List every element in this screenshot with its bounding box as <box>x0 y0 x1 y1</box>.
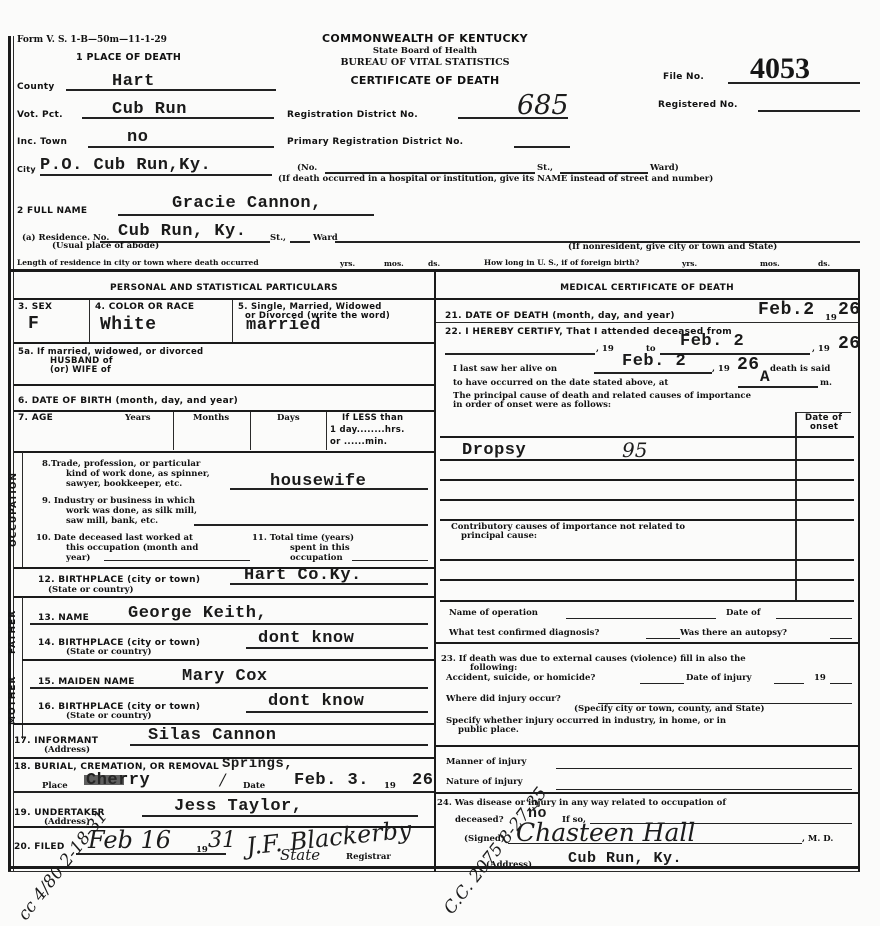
date-of-death-value: Feb.2 <box>758 300 815 320</box>
street-no-label: (No. <box>297 163 317 173</box>
street-label: St., <box>537 163 553 173</box>
industry-label-1: 9. Industry or business in which <box>42 496 195 506</box>
registered-no-label: Registered No. <box>658 100 738 110</box>
left-border-inner <box>13 36 14 872</box>
city-value: P.O. Cub Run,Ky. <box>40 156 211 175</box>
primary-registration-label: Primary Registration District No. <box>287 137 463 147</box>
less-than-label-2: 1 day........hrs. <box>330 425 405 435</box>
race-label: 4. COLOR OR RACE <box>95 302 194 312</box>
form-id: Form V. S. 1-B—50m—11-1-29 <box>17 35 167 45</box>
total-time-label-2: spent in this <box>290 543 350 553</box>
mother-name-label: 15. MAIDEN NAME <box>38 677 135 687</box>
trade-label-3: sawyer, bookkeeper, etc. <box>66 479 182 489</box>
file-no-label: File No. <box>663 72 704 82</box>
years-label: Years <box>125 413 151 423</box>
physician-address-value: Cub Run, Ky. <box>568 850 682 867</box>
last-worked-label-1: 10. Date deceased last worked at <box>36 533 193 543</box>
informant-sub: (Address) <box>44 745 90 755</box>
length-mos: mos. <box>384 260 404 268</box>
mother-birthplace-sub: (State or country) <box>66 711 152 721</box>
inc-town-value: no <box>127 128 148 147</box>
industry-label-3: saw mill, bank, etc. <box>66 516 158 526</box>
mother-name-value: Mary Cox <box>182 667 268 686</box>
burial-date-label: Date <box>243 781 265 791</box>
vot-pct-label: Vot. Pct. <box>17 110 63 120</box>
last-worked-label-2: this occupation (month and <box>66 543 198 553</box>
city-label: City <box>17 165 36 174</box>
occupation-related-label-2: deceased? <box>455 815 504 825</box>
operation-date-label: Date of <box>726 608 761 618</box>
operation-label: Name of operation <box>449 608 538 618</box>
dob-label: 6. DATE OF BIRTH (month, day, and year) <box>18 396 238 406</box>
less-than-label-3: or ......min. <box>330 437 387 447</box>
filed-year-value: 31 <box>208 828 236 853</box>
attended-to-year-prefix: , 19 <box>812 344 830 354</box>
time-value: A <box>760 368 770 386</box>
ward-label: Ward) <box>650 163 679 173</box>
registration-district-label: Registration District No. <box>287 110 418 120</box>
industry-label-2: work was done, as silk mill, <box>66 506 197 516</box>
date-of-death-label: 21. DATE OF DEATH (month, day, and year) <box>445 311 675 321</box>
age-label: 7. AGE <box>18 413 53 423</box>
date-of-onset-label-2: onset <box>810 422 838 432</box>
registrar-state: State <box>280 846 320 864</box>
undertaker-value: Jess Taylor, <box>174 797 302 816</box>
death-certificate: Form V. S. 1-B—50m—11-1-29 1 PLACE OF DE… <box>0 0 880 926</box>
occupation-related-label-1: 24. Was disease or injury in any way rel… <box>437 798 726 808</box>
length-of-residence-label: Length of residence in city or town wher… <box>17 259 259 267</box>
residence-street-label: St., <box>270 233 286 243</box>
m-label: m. <box>820 378 832 388</box>
commonwealth-title: COMMONWEALTH OF KENTUCKY <box>300 32 550 45</box>
trade-label-2: kind of work done, as spinner, <box>66 469 210 479</box>
injury-date-label: Date of injury <box>686 673 752 683</box>
contributory-label-2: principal cause: <box>461 531 537 541</box>
last-worked-label-3: year) <box>66 553 90 563</box>
foreign-mos: mos. <box>760 260 780 268</box>
length-ds: ds. <box>428 260 440 268</box>
test-confirmed-label: What test confirmed diagnosis? <box>449 628 599 638</box>
last-saw-label: I last saw her alive on <box>453 364 557 374</box>
mother-side-label: MOTHER <box>8 662 18 738</box>
where-injury-sub: (Specify city or town, county, and State… <box>574 704 765 714</box>
father-side-label: FATHER <box>8 598 18 666</box>
spouse-label-3: (or) WIFE of <box>50 365 111 375</box>
injury-year-prefix: 19 <box>814 673 826 683</box>
full-name-label: 2 FULL NAME <box>17 206 87 216</box>
burial-year-value: 26 <box>412 771 433 790</box>
left-border <box>8 36 11 872</box>
accident-label: Accident, suicide, or homicide? <box>446 673 595 683</box>
attended-to-value: Feb. 2 <box>680 332 744 351</box>
father-birthplace-sub: (State or country) <box>66 647 152 657</box>
hospital-note: (If death occurred in a hospital or inst… <box>278 174 713 184</box>
length-yrs: yrs. <box>340 260 355 268</box>
burial-date-value: Feb. 3. <box>294 771 369 790</box>
autopsy-label: Was there an autopsy? <box>680 628 787 638</box>
residence-sub: (Usual place of abode) <box>52 241 159 251</box>
father-name-label: 13. NAME <box>38 613 89 623</box>
manner-of-injury-label: Manner of injury <box>446 757 527 767</box>
section-place-of-death: 1 PLACE OF DEATH <box>76 52 181 63</box>
occupation-side-label: OCCUPATION <box>9 455 19 565</box>
county-label: County <box>17 82 55 92</box>
informant-value: Silas Cannon <box>148 726 276 745</box>
days-label: Days <box>277 413 300 423</box>
certificate-title: CERTIFICATE OF DEATH <box>300 74 550 87</box>
last-saw-value: Feb. 2 <box>622 352 686 371</box>
sex-value: F <box>28 314 39 334</box>
external-causes-label-2: following: <box>470 663 517 673</box>
last-saw-year: 26 <box>737 355 760 375</box>
principal-cause-label-2: in order of onset were as follows: <box>453 400 611 410</box>
personal-section-title: PERSONAL AND STATISTICAL PARTICULARS <box>14 283 434 293</box>
burial-separator: / <box>220 770 225 789</box>
bureau-title: BUREAU OF VITAL STATISTICS <box>300 57 550 68</box>
nature-of-injury-label: Nature of injury <box>446 777 523 787</box>
occurred-label: to have occurred on the date stated abov… <box>453 378 668 388</box>
burial-place-label: Place <box>42 781 68 791</box>
last-saw-year-prefix: , 19 <box>712 364 730 374</box>
birthplace-label: 12. BIRTHPLACE (city or town) <box>38 575 200 585</box>
foreign-yrs: yrs. <box>682 260 697 268</box>
cause-of-death-value: Dropsy <box>462 441 526 460</box>
total-time-label-1: 11. Total time (years) <box>252 533 354 543</box>
file-no-value: 4053 <box>750 52 810 86</box>
foreign-ds: ds. <box>818 260 830 268</box>
registrar-label: Registrar <box>346 852 391 862</box>
inc-town-label: Inc. Town <box>17 137 67 147</box>
death-said-label: death is said <box>770 364 830 374</box>
attended-to-year: 26 <box>838 334 861 354</box>
md-label: , M. D. <box>802 834 833 844</box>
sex-label: 3. SEX <box>18 302 52 312</box>
board-title: State Board of Health <box>300 46 550 56</box>
birthplace-sub: (State or country) <box>48 585 134 595</box>
date-of-death-year: 26 <box>838 300 861 320</box>
residence-value: Cub Run, Ky. <box>118 222 246 241</box>
filed-label: 20. FILED <box>14 842 65 852</box>
specify-label-2: public place. <box>458 725 519 735</box>
less-than-label-1: If LESS than <box>342 413 403 423</box>
months-label: Months <box>193 413 229 423</box>
burial-place-extra: Springs, <box>222 756 293 772</box>
attended-from-year-prefix: , 19 <box>596 344 614 354</box>
burial-year-prefix: 19 <box>384 781 396 791</box>
total-time-label-3: occupation <box>290 553 343 563</box>
foreign-birth-label: How long in U. S., if of foreign birth? <box>484 259 639 267</box>
right-border <box>858 272 860 872</box>
burial-place-strikeout <box>84 775 124 785</box>
father-birthplace-value: dont know <box>258 629 354 648</box>
full-name-value: Gracie Cannon, <box>172 194 322 213</box>
mother-birthplace-value: dont know <box>268 692 364 711</box>
medical-section-title: MEDICAL CERTIFICATE OF DEATH <box>436 283 858 293</box>
race-value: White <box>100 315 157 335</box>
trade-label-1: 8.Trade, profession, or particular <box>42 459 200 469</box>
father-name-value: George Keith, <box>128 604 267 623</box>
marital-value: married <box>246 316 321 335</box>
where-injury-label: Where did injury occur? <box>446 694 561 704</box>
column-divider <box>434 272 436 872</box>
nonresident-note: (If nonresident, give city or town and S… <box>568 242 777 252</box>
